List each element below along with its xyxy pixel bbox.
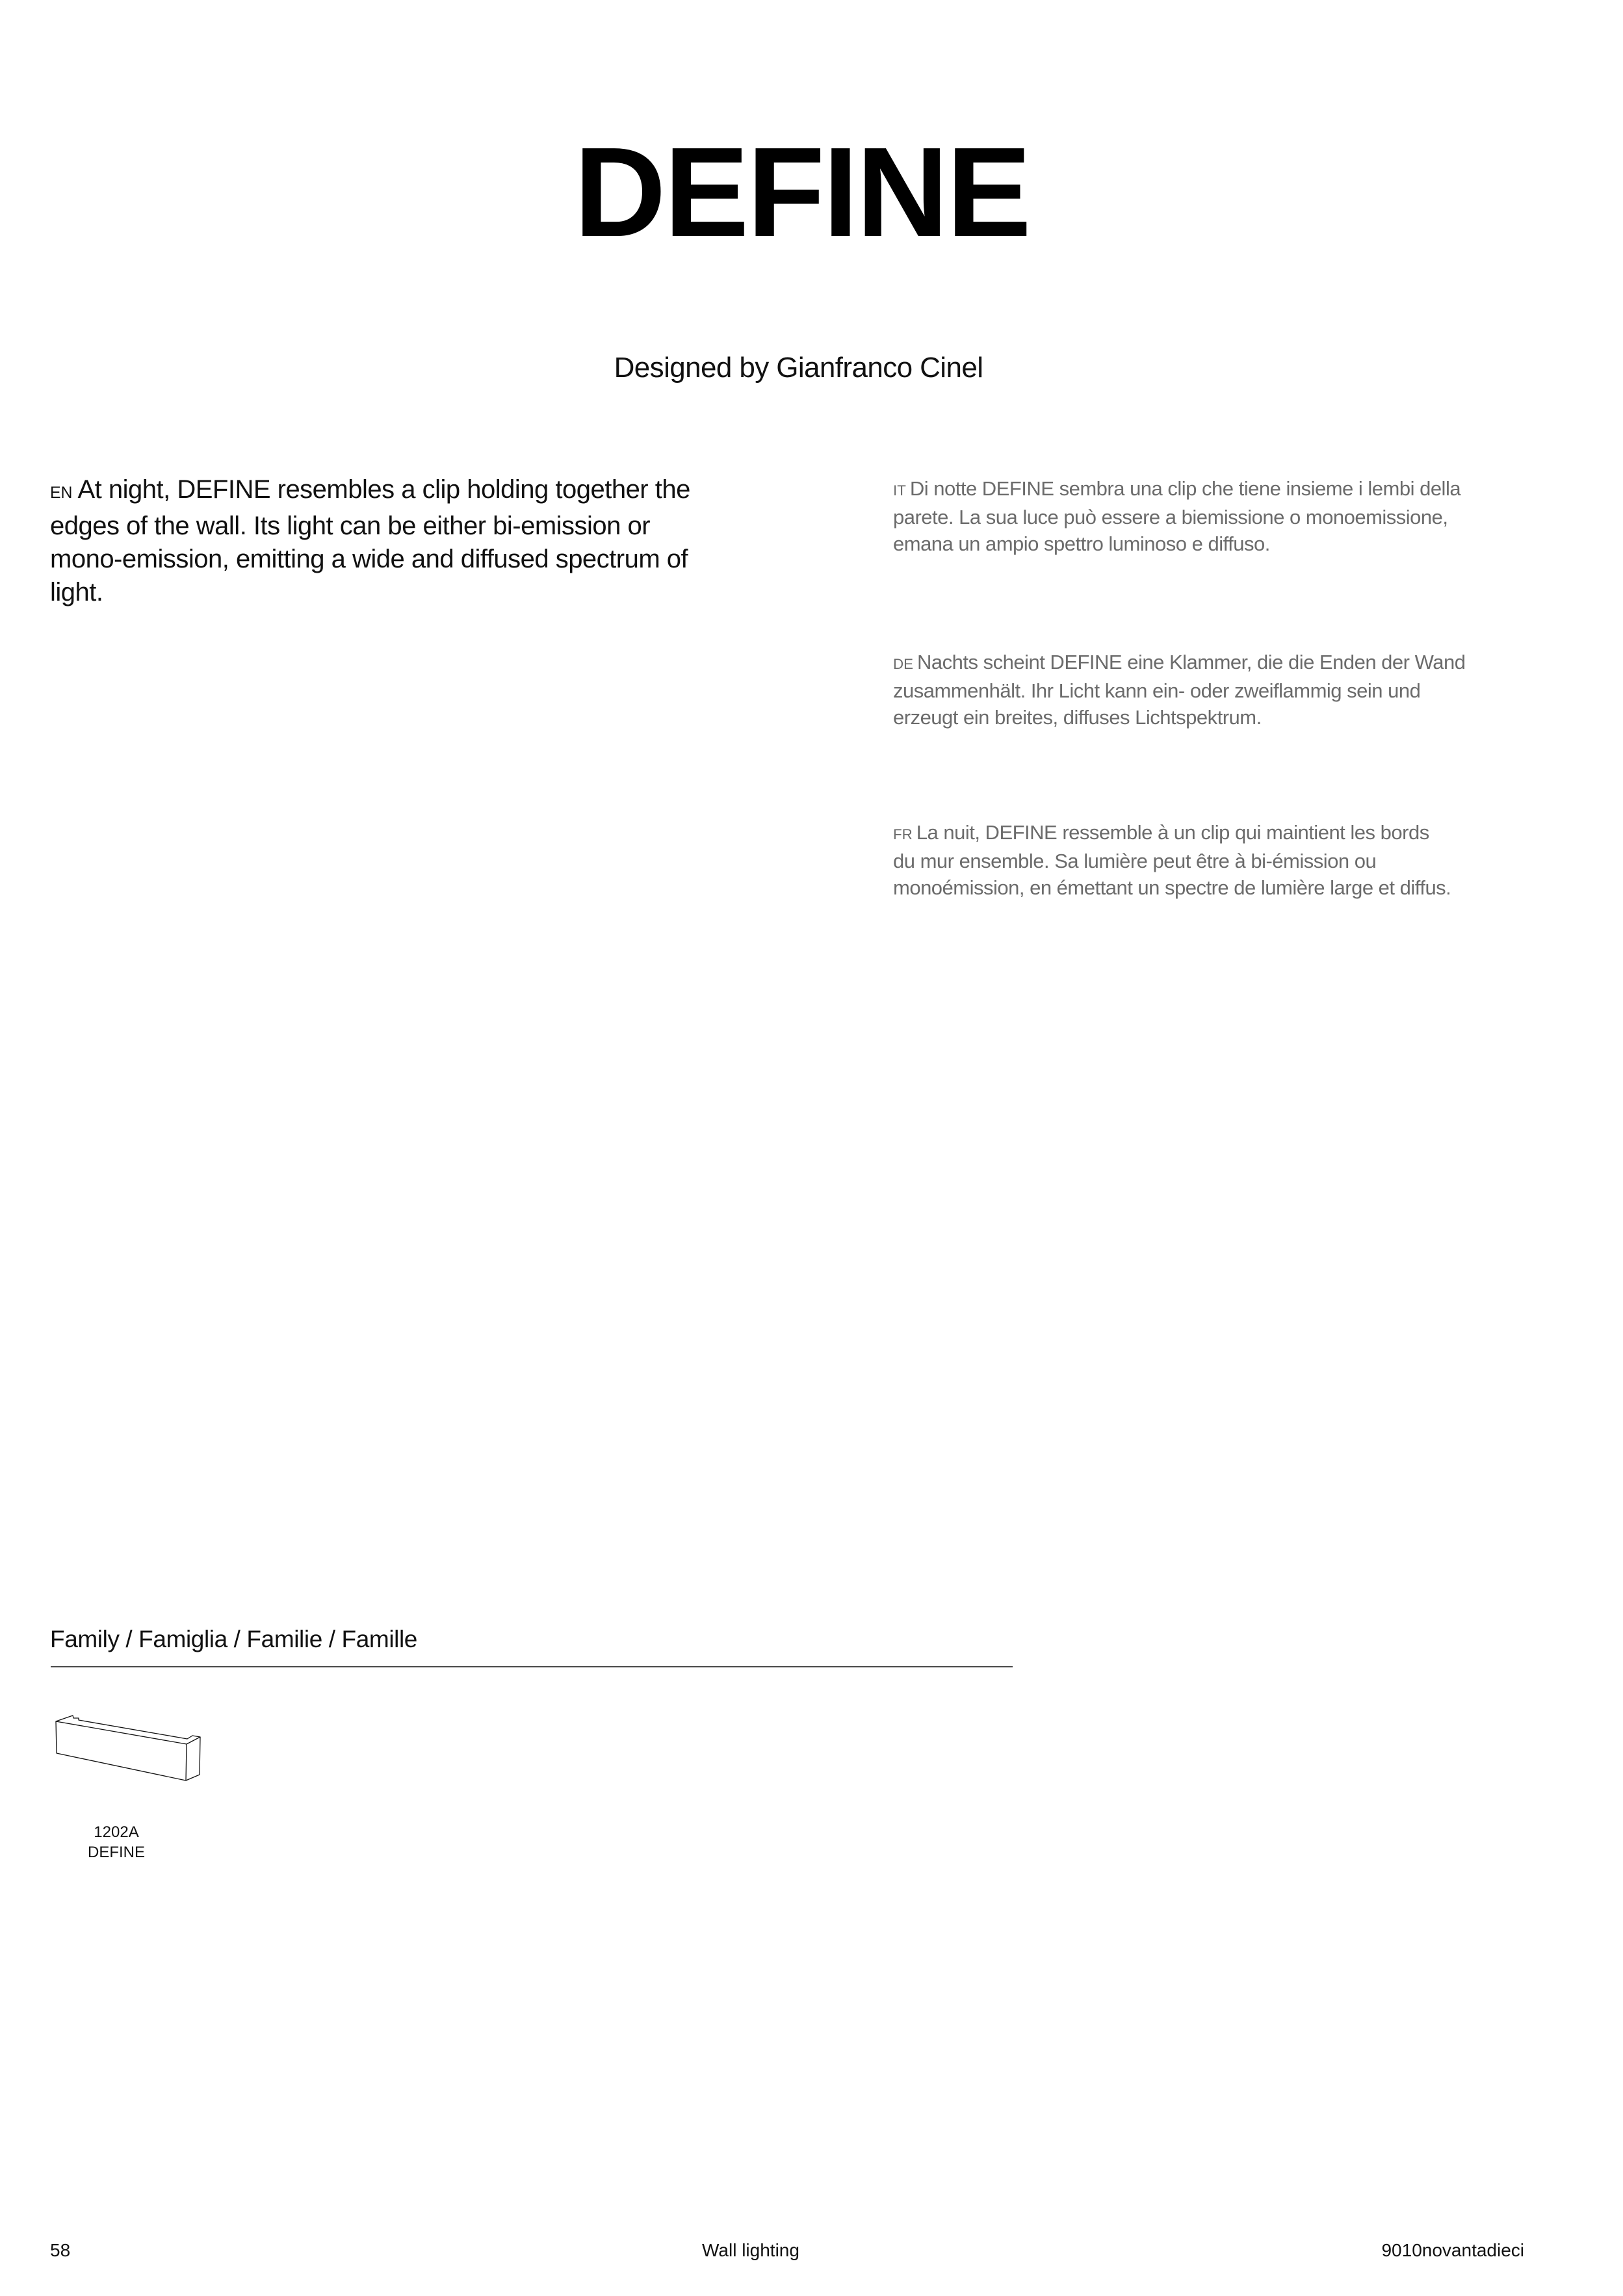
language-label-de: DE <box>893 656 913 672</box>
language-label-fr: FR <box>893 826 913 842</box>
description-line: La nuit, DEFINE ressemble à un clip qui … <box>916 821 1429 844</box>
family-divider <box>51 1666 1013 1667</box>
language-label-en: EN <box>50 484 72 502</box>
description-de: DENachts scheint DEFINE eine Klammer, di… <box>893 649 1465 731</box>
product-code: 1202A <box>64 1822 168 1842</box>
description-line: erzeugt ein breites, diffuses Lichtspekt… <box>893 704 1465 731</box>
designer-credit: Designed by Gianfranco Cinel <box>0 348 1623 387</box>
description-line: Nachts scheint DEFINE eine Klammer, die … <box>917 651 1465 673</box>
description-line: light. <box>50 576 690 609</box>
page-title: DEFINE <box>0 116 1623 269</box>
language-label-it: IT <box>893 482 906 499</box>
description-en: ENAt night, DEFINE resembles a clip hold… <box>50 473 690 609</box>
description-fr: FRLa nuit, DEFINE ressemble à un clip qu… <box>893 819 1451 901</box>
section-name: Wall lighting <box>0 2240 1501 2261</box>
brand-name: 9010novantadieci <box>1381 2240 1524 2261</box>
family-heading: Family / Famiglia / Familie / Famille <box>50 1624 417 1654</box>
description-line: Di notte DEFINE sembra una clip che tien… <box>910 477 1461 500</box>
description-line: mono-emission, emitting a wide and diffu… <box>50 543 690 576</box>
title-text: DEFINE <box>574 116 1030 269</box>
description-it: ITDi notte DEFINE sembra una clip che ti… <box>893 475 1461 557</box>
product-outline <box>45 1703 214 1794</box>
description-line: du mur ensemble. Sa lumière peut être à … <box>893 848 1451 874</box>
description-line: At night, DEFINE resembles a clip holdin… <box>77 475 690 504</box>
description-line: parete. La sua luce può essere a biemiss… <box>893 504 1461 530</box>
description-line: edges of the wall. Its light can be eith… <box>50 510 690 543</box>
designer-text: Designed by Gianfranco Cinel <box>614 348 983 387</box>
description-line: monoémission, en émettant un spectre de … <box>893 874 1451 901</box>
description-line: emana un ampio spettro luminoso e diffus… <box>893 530 1461 557</box>
product-name: DEFINE <box>64 1842 168 1862</box>
wall-lamp-drawing-icon[interactable] <box>45 1703 214 1794</box>
description-line: zusammenhält. Ihr Licht kann ein- oder z… <box>893 677 1465 704</box>
